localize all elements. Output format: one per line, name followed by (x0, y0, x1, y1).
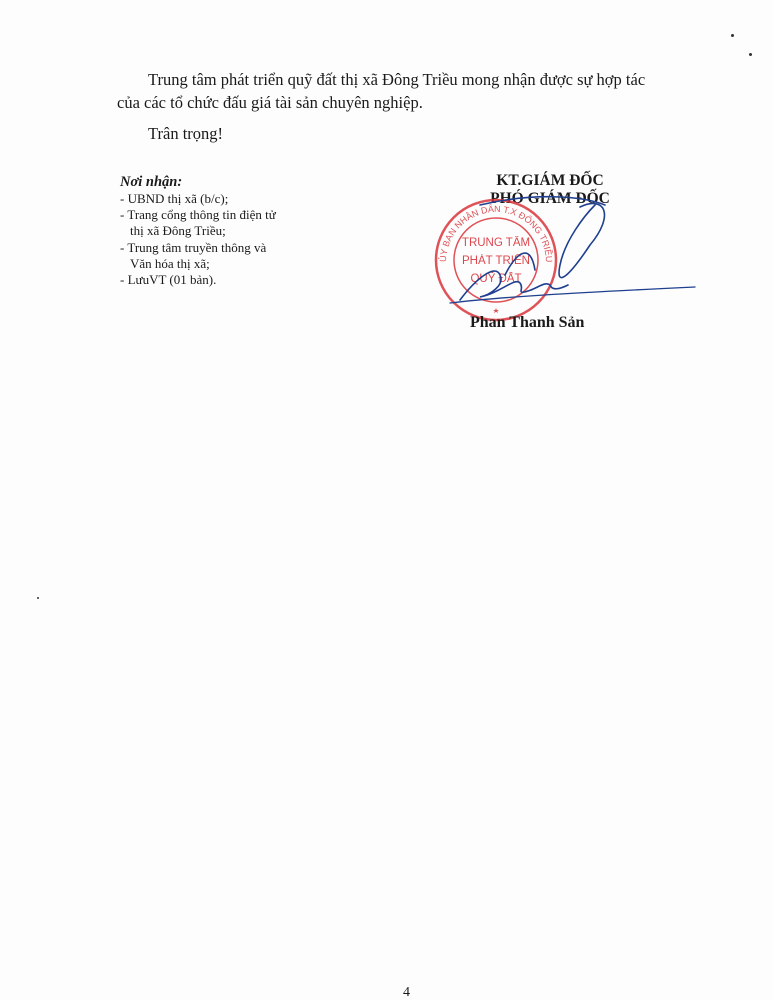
recipient-item: - Trang cổng thông tin điện tử (120, 207, 276, 223)
recipient-item: - UBND thị xã (b/c); (120, 191, 276, 207)
scan-speck (731, 34, 734, 37)
recipients-block: Nơi nhận: - UBND thị xã (b/c); - Trang c… (120, 174, 276, 288)
recipients-title: Nơi nhận: (120, 174, 276, 191)
signer-name: Phan Thanh Sản (470, 314, 584, 332)
page-number: 4 (403, 985, 410, 1000)
recipient-item: - Trung tâm truyền thông và (120, 240, 276, 256)
body-paragraph-line-2: của các tổ chức đấu giá tài sản chuyên n… (117, 91, 423, 114)
recipient-item: thị xã Đông Triều; (120, 223, 276, 239)
handwritten-signature-icon (420, 185, 700, 325)
closing-text: Trân trọng! (148, 122, 223, 145)
recipient-item: Văn hóa thị xã; (120, 256, 276, 272)
body-paragraph-line-1: Trung tâm phát triển quỹ đất thị xã Đông… (148, 68, 645, 91)
recipient-item: - LưuVT (01 bản). (120, 272, 276, 288)
scan-speck (37, 597, 39, 599)
scan-speck (749, 53, 752, 56)
